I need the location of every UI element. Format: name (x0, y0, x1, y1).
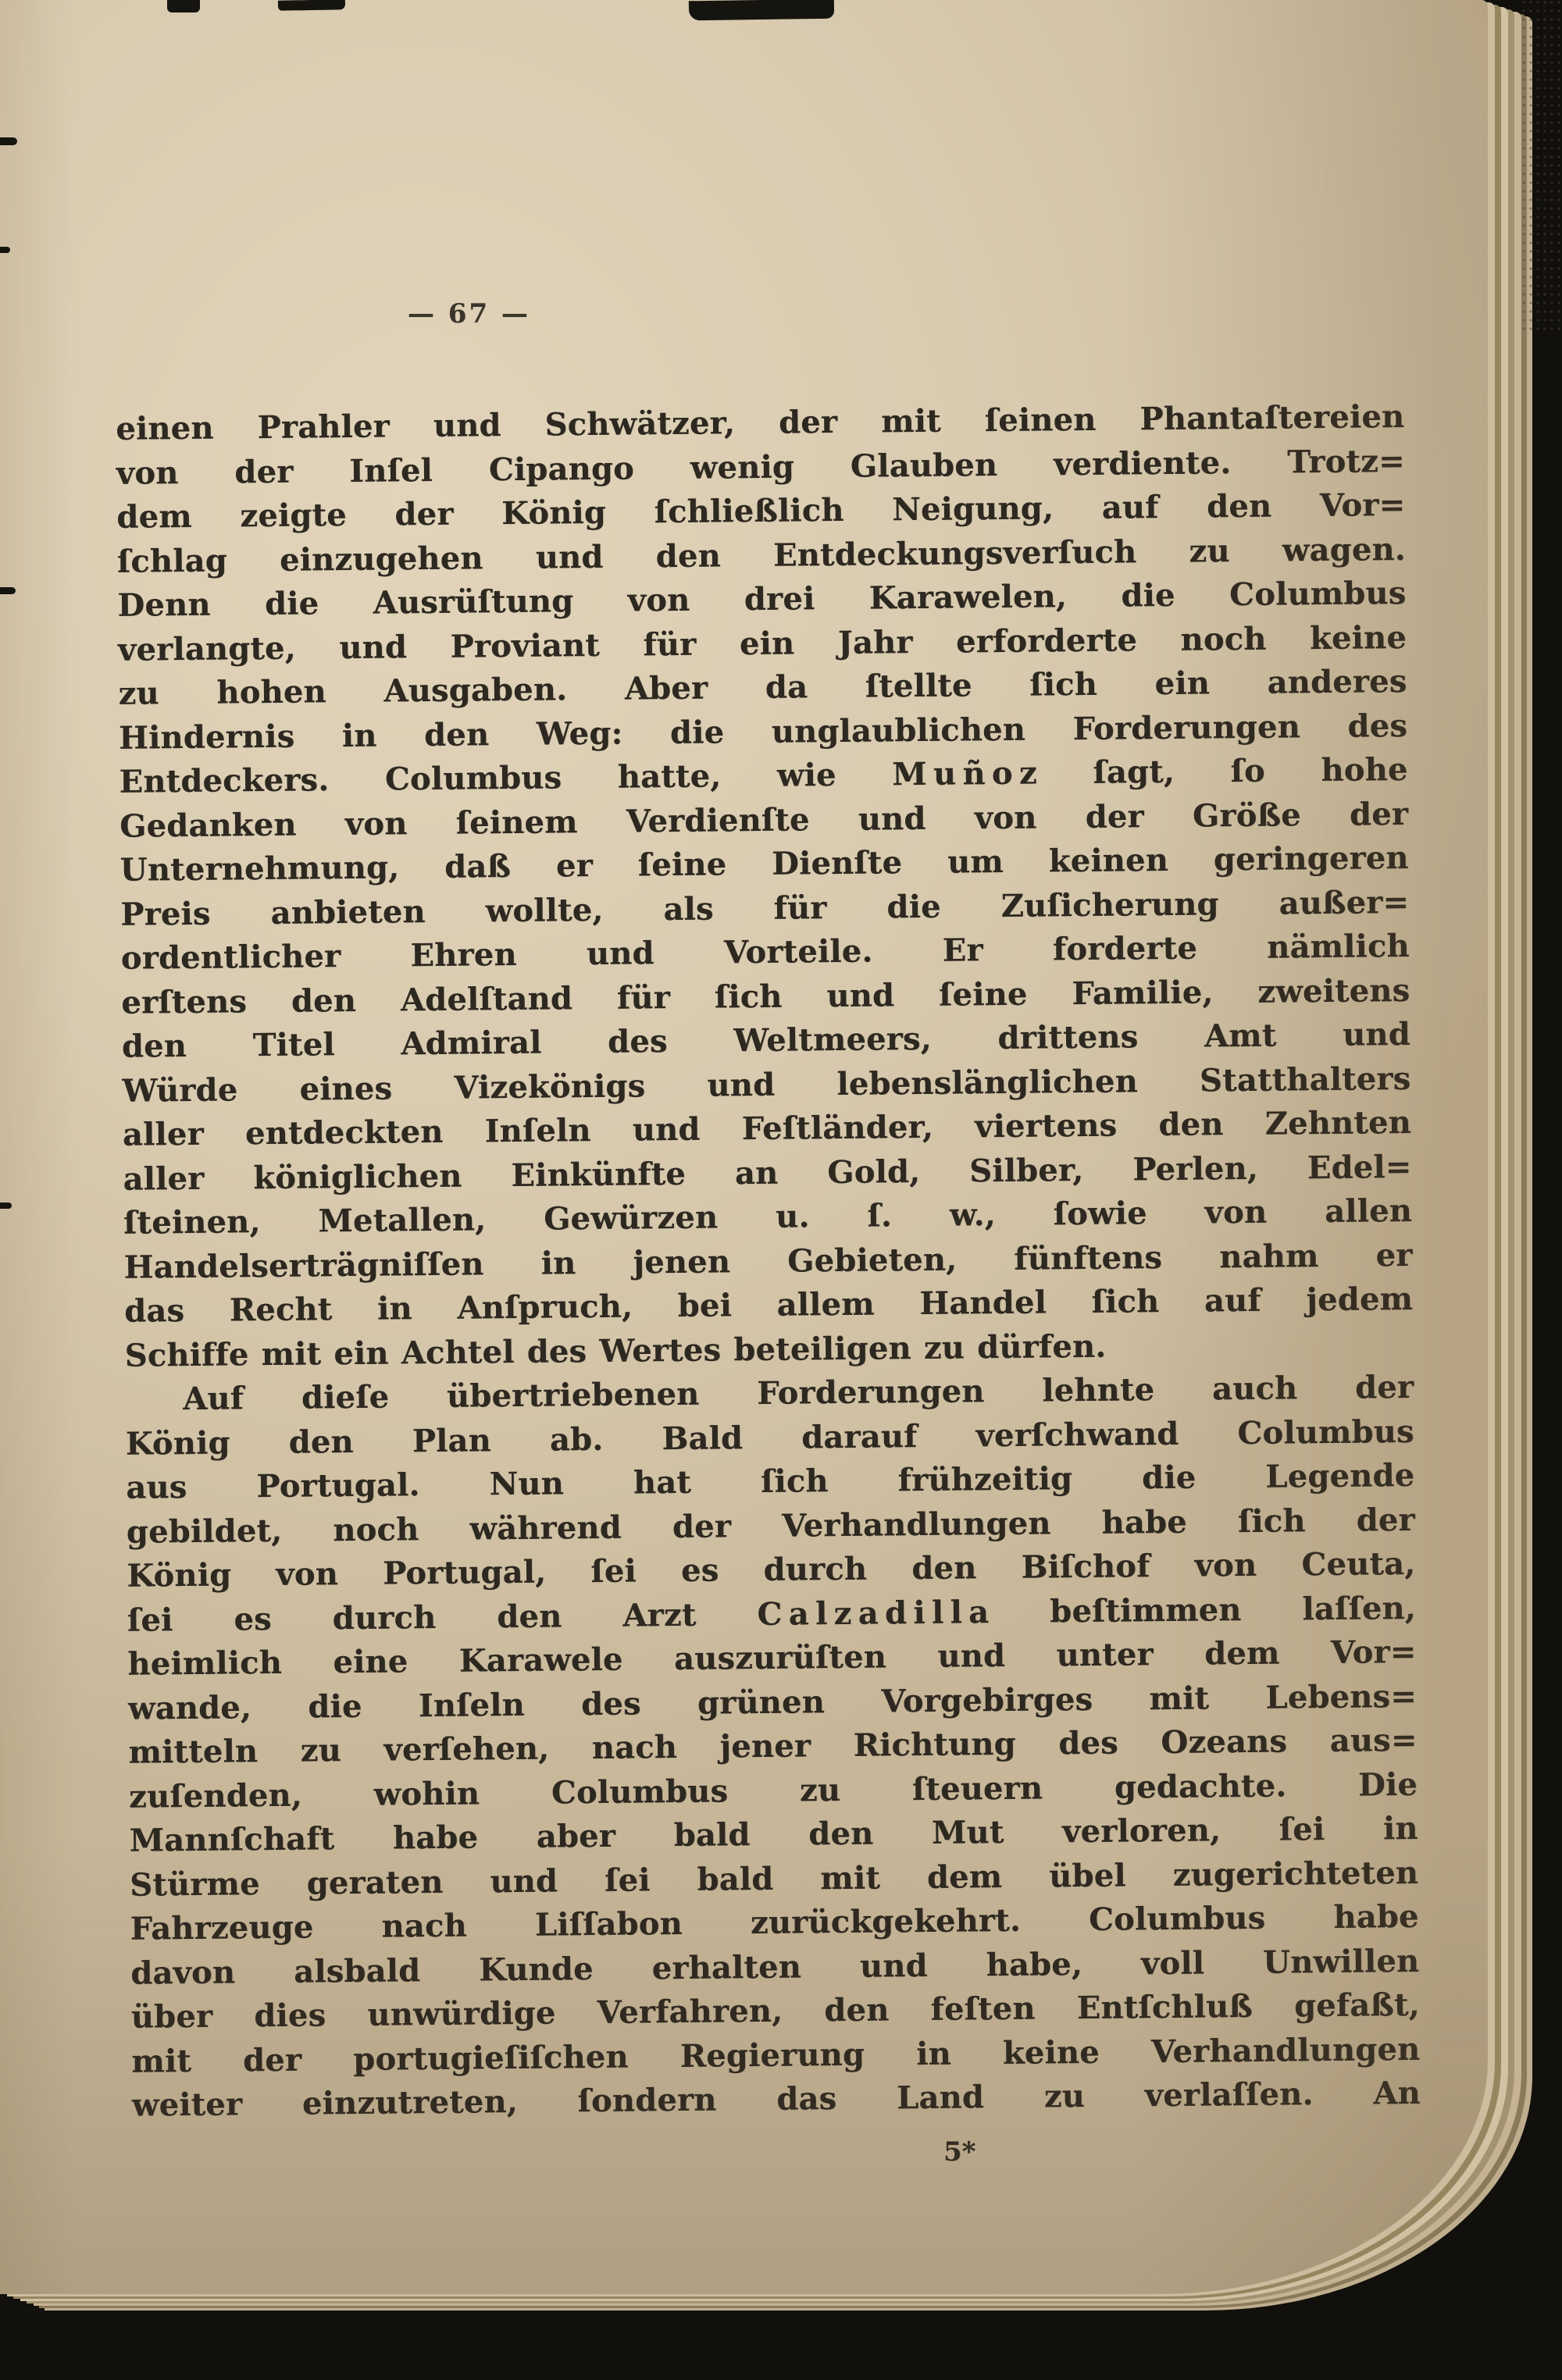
book-page: — 67 — einen Prahler und Schwätzer, der … (0, 0, 1488, 2294)
photo-edge-artifact (278, 0, 345, 11)
body-text: einen Prahler und Schwätzer, der mit ſei… (116, 395, 1421, 2128)
book-photo-frame: — 67 — einen Prahler und Schwätzer, der … (0, 0, 1562, 2380)
leather-cover-grain (1521, 0, 1562, 336)
photo-edge-artifact (0, 137, 17, 145)
photo-edge-artifact (689, 0, 834, 20)
signature-mark: 5* (943, 2136, 975, 2168)
page-number: — 67 — (408, 298, 530, 330)
photo-edge-artifact (0, 587, 16, 594)
photo-edge-artifact (167, 0, 200, 12)
photo-edge-artifact (0, 247, 10, 253)
photo-edge-artifact (0, 1202, 12, 1209)
